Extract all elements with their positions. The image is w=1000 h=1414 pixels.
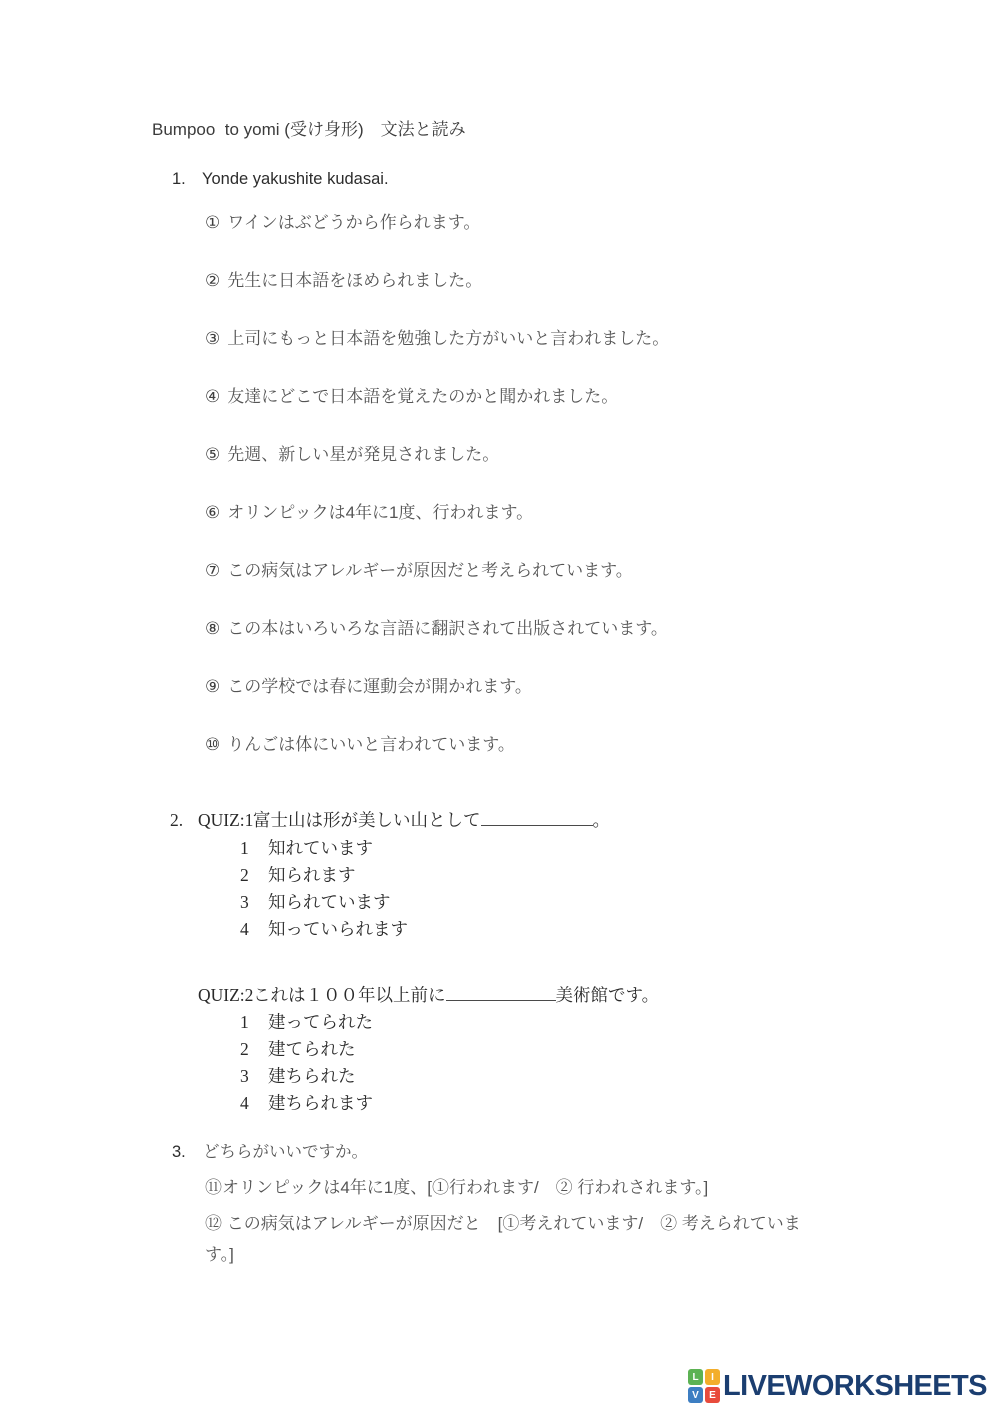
passive-sentence-list: ①ワインはぶどうから作られます。 ②先生に日本語をほめられました。 ③上司にもっ… [205, 211, 669, 757]
quiz1-question-after: 。 [593, 810, 611, 830]
quiz2-option-1-text: 建ってられた [268, 1012, 373, 1032]
quiz2-option-4-number: 4 [240, 1090, 268, 1117]
quiz2-options: 1建ってられた 2建てられた 3建ちられた 4建ちられます [240, 1009, 373, 1117]
quiz1-label: QUIZ:1 [198, 808, 253, 833]
circled-number-1: ① [205, 213, 220, 232]
circled-number-8: ⑧ [205, 619, 220, 638]
logo-tile-I: I [705, 1369, 720, 1385]
choice-sentence-12[interactable]: ⑫ この病気はアレルギーが原因だと [①考えれています/ ② 考えられていま [205, 1212, 801, 1236]
sentence-text-10: りんごは体にいいと言われています。 [227, 735, 515, 754]
quiz2-option-1-number: 1 [240, 1009, 268, 1036]
sentence-text-5: 先週、新しい星が発見されました。 [227, 445, 499, 464]
quiz1-option-4[interactable]: 4知っていられます [240, 916, 408, 943]
logo-tile-E: E [705, 1387, 720, 1403]
list-item-7: ⑦この病気はアレルギーが原因だと考えられています。 [205, 559, 669, 583]
quiz2-option-4-text: 建ちられます [268, 1093, 373, 1113]
circled-number-9: ⑨ [205, 677, 220, 696]
sentence-text-9: この学校では春に運動会が開かれます。 [227, 677, 532, 696]
section3-number: 3. [172, 1140, 203, 1164]
choice-sentence-12-continuation: す。] [205, 1243, 234, 1267]
liveworksheets-logo-icon: L I V E [688, 1369, 720, 1403]
quiz2-option-2[interactable]: 2建てられた [240, 1036, 373, 1063]
quiz2-question-after: 美術館です。 [556, 985, 660, 1005]
section2-number: 2. [170, 808, 198, 833]
quiz1-option-2-text: 知られます [268, 865, 356, 885]
list-item-9: ⑨この学校では春に運動会が開かれます。 [205, 675, 669, 699]
quiz2-option-3[interactable]: 3建ちられた [240, 1063, 373, 1090]
sentence-text-6: オリンピックは4年に1度、行われます。 [227, 503, 533, 522]
section3-heading: 3.どちらがいいですか。 [172, 1140, 368, 1164]
quiz2-option-2-number: 2 [240, 1036, 268, 1063]
quiz1-option-2[interactable]: 2知られます [240, 862, 408, 889]
quiz1-option-3-number: 3 [240, 889, 268, 916]
list-item-3: ③上司にもっと日本語を勉強した方がいいと言われました。 [205, 327, 669, 351]
sentence-text-8: この本はいろいろな言語に翻訳されて出版されています。 [227, 619, 668, 638]
sentence-text-4: 友達にどこで日本語を覚えたのかと聞かれました。 [227, 387, 618, 406]
quiz1-option-1-number: 1 [240, 835, 268, 862]
quiz1-option-3-text: 知られています [268, 892, 391, 912]
quiz1-question-line: 2.QUIZ:1富士山は形が美しい山として。 [170, 808, 610, 833]
list-item-1: ①ワインはぶどうから作られます。 [205, 211, 669, 235]
quiz1-option-2-number: 2 [240, 862, 268, 889]
quiz2-question-line: QUIZ:2これは１００年以上前に美術館です。 [198, 983, 659, 1008]
quiz1-options: 1知れています 2知られます 3知られています 4知っていられます [240, 835, 408, 943]
choice-sentence-11[interactable]: ⑪オリンピックは4年に1度、[①行われます/ ② 行われされます。] [205, 1176, 708, 1200]
section3-heading-text: どちらがいいですか。 [203, 1143, 368, 1161]
sentence-text-7: この病気はアレルギーが原因だと考えられています。 [227, 561, 633, 580]
list-item-8: ⑧この本はいろいろな言語に翻訳されて出版されています。 [205, 617, 669, 641]
logo-tile-L: L [688, 1369, 703, 1385]
quiz1-option-4-text: 知っていられます [268, 919, 408, 939]
quiz2-option-2-text: 建てられた [268, 1039, 356, 1059]
quiz1-option-4-number: 4 [240, 916, 268, 943]
quiz2-option-3-number: 3 [240, 1063, 268, 1090]
circled-number-5: ⑤ [205, 445, 220, 464]
circled-number-2: ② [205, 271, 220, 290]
sentence-text-1: ワインはぶどうから作られます。 [227, 213, 480, 232]
quiz2-label: QUIZ:2 [198, 983, 253, 1008]
section1-number: 1. [172, 168, 202, 191]
sentence-text-3: 上司にもっと日本語を勉強した方がいいと言われました。 [227, 329, 669, 348]
liveworksheets-wordmark: LIVEWORKSHEETS [723, 1369, 987, 1403]
circled-number-10: ⑩ [205, 735, 220, 754]
circled-number-7: ⑦ [205, 561, 220, 580]
logo-tile-V: V [688, 1387, 703, 1403]
page-title: Bumpoo to yomi (受け身形) 文法と読み [152, 118, 466, 142]
quiz1-answer-blank[interactable] [481, 812, 593, 826]
quiz1-option-3[interactable]: 3知られています [240, 889, 408, 916]
section1-heading-text: Yonde yakushite kudasai. [202, 170, 389, 188]
list-item-5: ⑤先週、新しい星が発見されました。 [205, 443, 669, 467]
quiz1-question-before: 富士山は形が美しい山として [253, 810, 481, 830]
quiz1-option-1[interactable]: 1知れています [240, 835, 408, 862]
quiz2-option-3-text: 建ちられた [268, 1066, 356, 1086]
circled-number-4: ④ [205, 387, 220, 406]
list-item-10: ⑩りんごは体にいいと言われています。 [205, 733, 669, 757]
section1-heading: 1.Yonde yakushite kudasai. [172, 168, 389, 191]
liveworksheets-logo[interactable]: L I V E LIVEWORKSHEETS [688, 1369, 987, 1403]
circled-number-6: ⑥ [205, 503, 220, 522]
quiz2-question-before: これは１００年以上前に [253, 985, 446, 1005]
list-item-4: ④友達にどこで日本語を覚えたのかと聞かれました。 [205, 385, 669, 409]
quiz1-option-1-text: 知れています [268, 838, 373, 858]
worksheet-page: Bumpoo to yomi (受け身形) 文法と読み 1.Yonde yaku… [0, 0, 1000, 1414]
quiz2-option-1[interactable]: 1建ってられた [240, 1009, 373, 1036]
circled-number-3: ③ [205, 329, 220, 348]
quiz2-option-4[interactable]: 4建ちられます [240, 1090, 373, 1117]
quiz2-answer-blank[interactable] [446, 987, 556, 1001]
list-item-2: ②先生に日本語をほめられました。 [205, 269, 669, 293]
list-item-6: ⑥オリンピックは4年に1度、行われます。 [205, 501, 669, 525]
sentence-text-2: 先生に日本語をほめられました。 [227, 271, 482, 290]
